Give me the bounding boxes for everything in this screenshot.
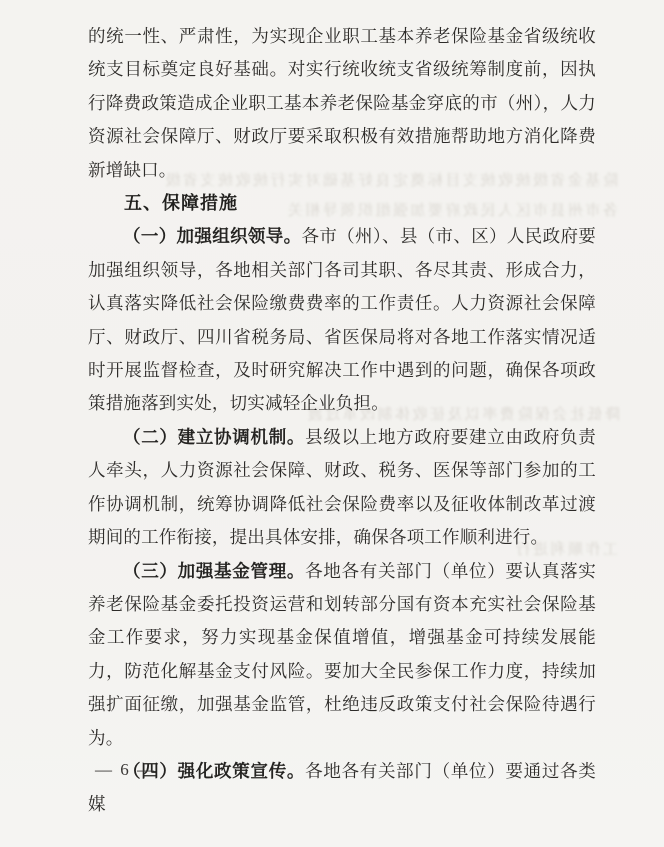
page-number: — 6 — [95,760,156,780]
scanned-document-page: 险基金省级统收统支目标奠定良好基础对实行统收统支省级 各市州县市区人民政府要加强… [0,0,664,847]
paragraph-lead: （三）加强基金管理。 [123,561,305,581]
document-text-column: 的统一性、严肃性，为实现企业职工基本养老保险基金省级统收统支目标奠定良好基础。对… [88,20,596,822]
continuation-paragraph: 的统一性、严肃性，为实现企业职工基本养老保险基金省级统收统支目标奠定良好基础。对… [88,20,596,187]
paragraph-lead: （一）加强组织领导。 [123,226,301,246]
paragraph-body: 各地各有关部门（单位）要认真落实养老保险基金委托投资运营和划转部分国有资本充实社… [88,561,596,748]
section-heading: 五、保障措施 [88,187,596,220]
paragraph-item-1: （一）加强组织领导。各市（州）、县（市、区）人民政府要加强组织领导，各地相关部门… [88,220,596,420]
paragraph-body: 各市（州）、县（市、区）人民政府要加强组织领导，各地相关部门各司其职、各尽其责、… [88,226,596,413]
paragraph-item-2: （二）建立协调机制。县级以上地方政府要建立由政府负责人牵头，人力资源社会保障、财… [88,421,596,555]
paragraph-item-3: （三）加强基金管理。各地各有关部门（单位）要认真落实养老保险基金委托投资运营和划… [88,555,596,755]
paragraph-item-4: （四）强化政策宣传。各地各有关部门（单位）要通过各类媒 [88,755,596,822]
paragraph-lead: （二）建立协调机制。 [123,427,305,447]
